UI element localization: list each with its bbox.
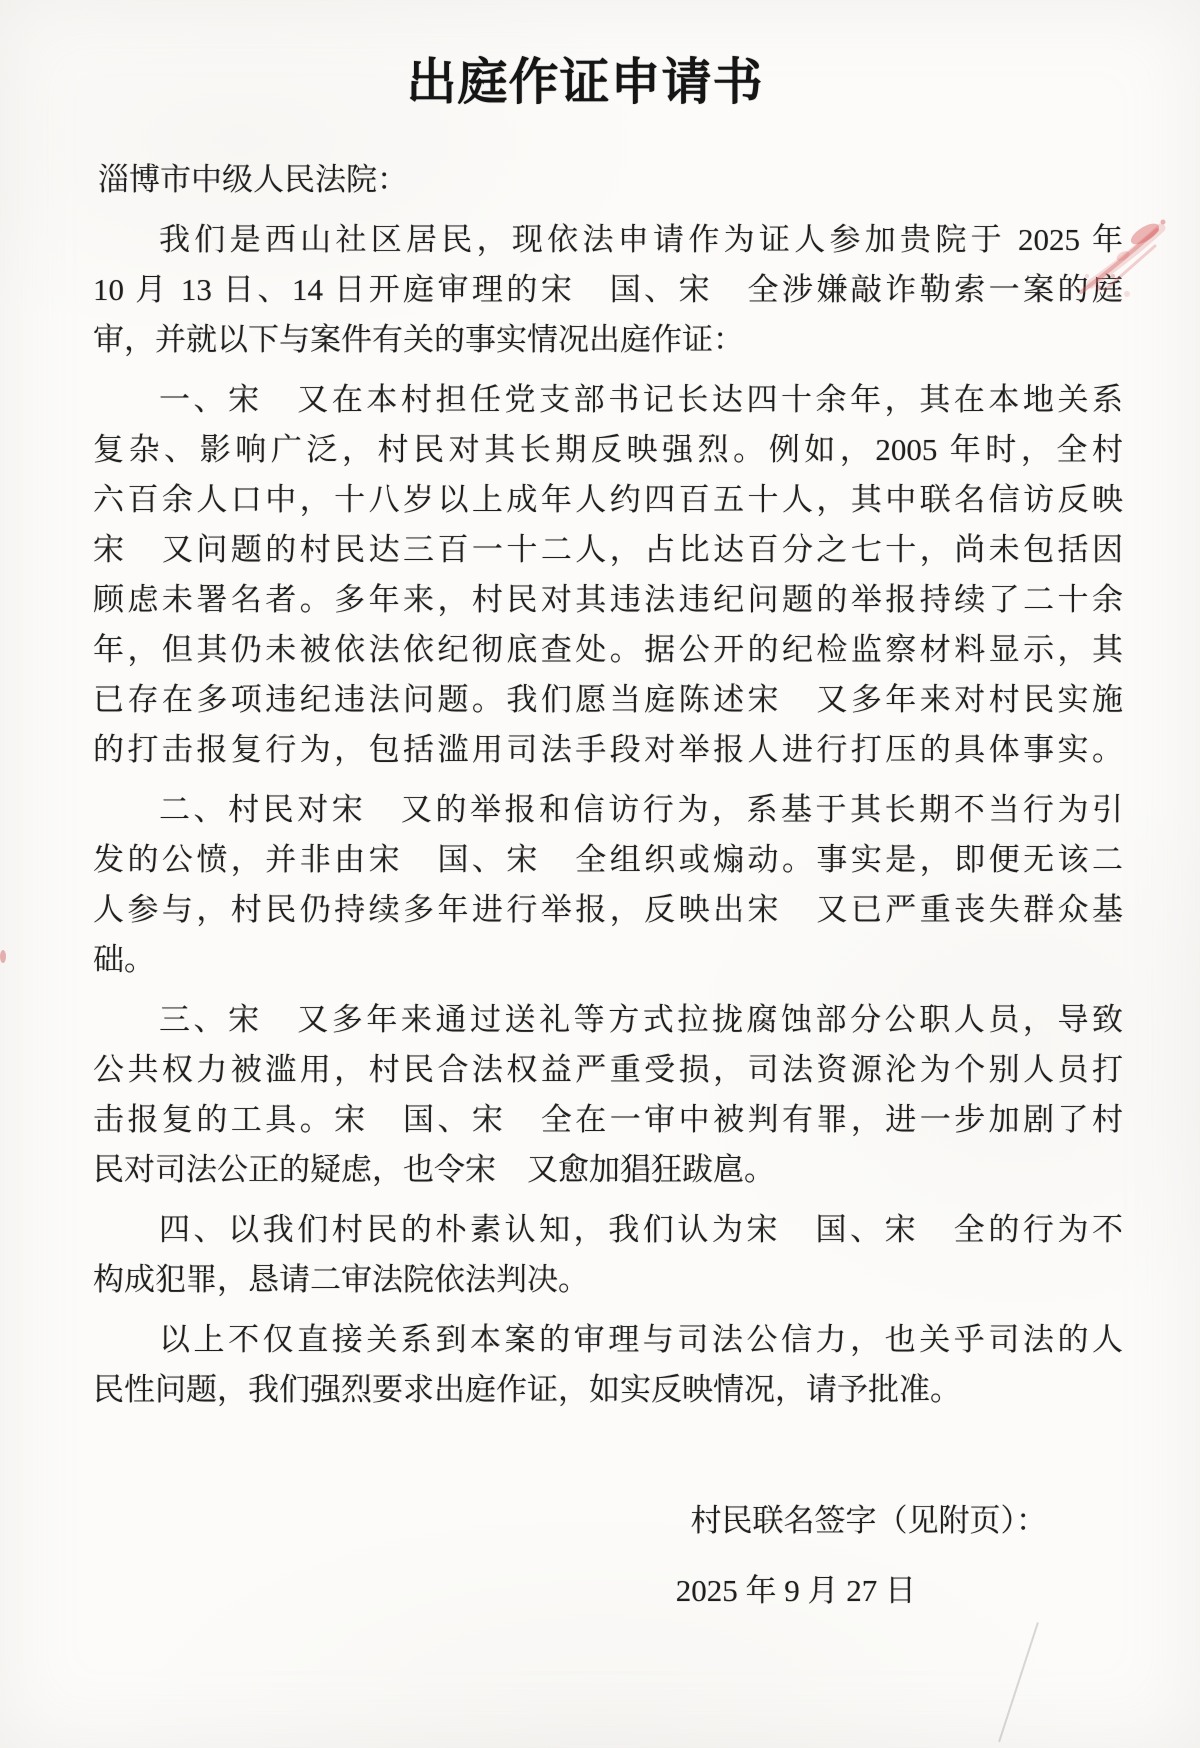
text-line: 审，并就以下与案件有关的事实情况出庭作证： [93,315,1123,365]
text-line: 一、宋 又在本村担任党支部书记长达四十余年，其在本地关系 [93,375,1123,425]
paragraph: 以上不仅直接关系到本案的审理与司法公信力，也关乎司法的人民性问题，我们强烈要求出… [93,1315,1123,1415]
text-line: 复杂、影响广泛，村民对其长期反映强烈。例如，2005 年时，全村 [93,425,1123,475]
text-line: 人参与，村民仍持续多年进行举报，反映出宋 又已严重丧失群众基 [93,885,1123,935]
text-line: 已存在多项违纪违法问题。我们愿当庭陈述宋 又多年来对村民实施 [93,675,1123,725]
document-body: 淄博市中级人民法院： 我们是西山社区居民，现依法申请作为证人参加贵院于 2025… [93,155,1123,1616]
text-line: 顾虑未署名者。多年来，村民对其违法违纪问题的举报持续了二十余 [93,575,1123,625]
text-line: 我们是西山社区居民，现依法申请作为证人参加贵院于 2025 年 [93,215,1123,265]
scan-artifact-line [998,1622,1039,1742]
document-title: 出庭作证申请书 [0,42,1185,114]
text-line: 民对司法公正的疑虑，也令宋 又愈加猖狂跋扈。 [93,1145,1123,1195]
text-line: 的打击报复行为，包括滥用司法手段对举报人进行打压的具体事实。 [93,725,1123,775]
salutation: 淄博市中级人民法院： [93,155,1123,205]
paragraphs-container: 我们是西山社区居民，现依法申请作为证人参加贵院于 2025 年10 月 13 日… [93,215,1123,1415]
text-line: 三、宋 又多年来通过送礼等方式拉拢腐蚀部分公职人员，导致 [93,995,1123,1045]
red-speck [0,950,6,963]
paragraph: 我们是西山社区居民，现依法申请作为证人参加贵院于 2025 年10 月 13 日… [93,215,1123,365]
scanned-document-page: 出庭作证申请书 淄博市中级人民法院： 我们是西山社区居民，现依法申请作为证人参加… [0,0,1200,1748]
text-line: 年，但其仍未被依法依纪彻底查处。据公开的纪检监察材料显示，其 [93,625,1123,675]
text-line: 击报复的工具。宋 国、宋 全在一审中被判有罪，进一步加剧了村 [93,1095,1123,1145]
text-line: 发的公愤，并非由宋 国、宋 全组织或煽动。事实是，即便无该二 [93,835,1123,885]
text-line: 10 月 13 日、14 日开庭审理的宋 国、宋 全涉嫌敲诈勒索一案的庭 [93,265,1123,315]
text-line: 二、村民对宋 又的举报和信访行为，系基于其长期不当行为引 [93,785,1123,835]
text-line: 础。 [93,935,1123,985]
signature-line: 村民联名签字（见附页）： [93,1496,1123,1546]
paragraph: 四、以我们村民的朴素认知，我们认为宋 国、宋 全的行为不构成犯罪，恳请二审法院依… [93,1205,1123,1305]
red-ink-smudge [1075,212,1171,304]
text-line: 公共权力被滥用，村民合法权益严重受损，司法资源沦为个别人员打 [93,1045,1123,1095]
text-line: 构成犯罪，恳请二审法院依法判决。 [93,1255,1123,1305]
text-line: 四、以我们村民的朴素认知，我们认为宋 国、宋 全的行为不 [93,1205,1123,1255]
text-line: 民性问题，我们强烈要求出庭作证，如实反映情况，请予批准。 [93,1365,1123,1415]
paragraph: 三、宋 又多年来通过送礼等方式拉拢腐蚀部分公职人员，导致公共权力被滥用，村民合法… [93,995,1123,1195]
text-line: 六百余人口中，十八岁以上成年人约四百五十人，其中联名信访反映 [93,475,1123,525]
date-line: 2025 年 9 月 27 日 [93,1566,1123,1616]
text-line: 以上不仅直接关系到本案的审理与司法公信力，也关乎司法的人 [93,1315,1123,1365]
text-line: 宋 又问题的村民达三百一十二人，占比达百分之七十，尚未包括因 [93,525,1123,575]
paragraph: 一、宋 又在本村担任党支部书记长达四十余年，其在本地关系复杂、影响广泛，村民对其… [93,375,1123,775]
paragraph: 二、村民对宋 又的举报和信访行为，系基于其长期不当行为引发的公愤，并非由宋 国、… [93,785,1123,985]
